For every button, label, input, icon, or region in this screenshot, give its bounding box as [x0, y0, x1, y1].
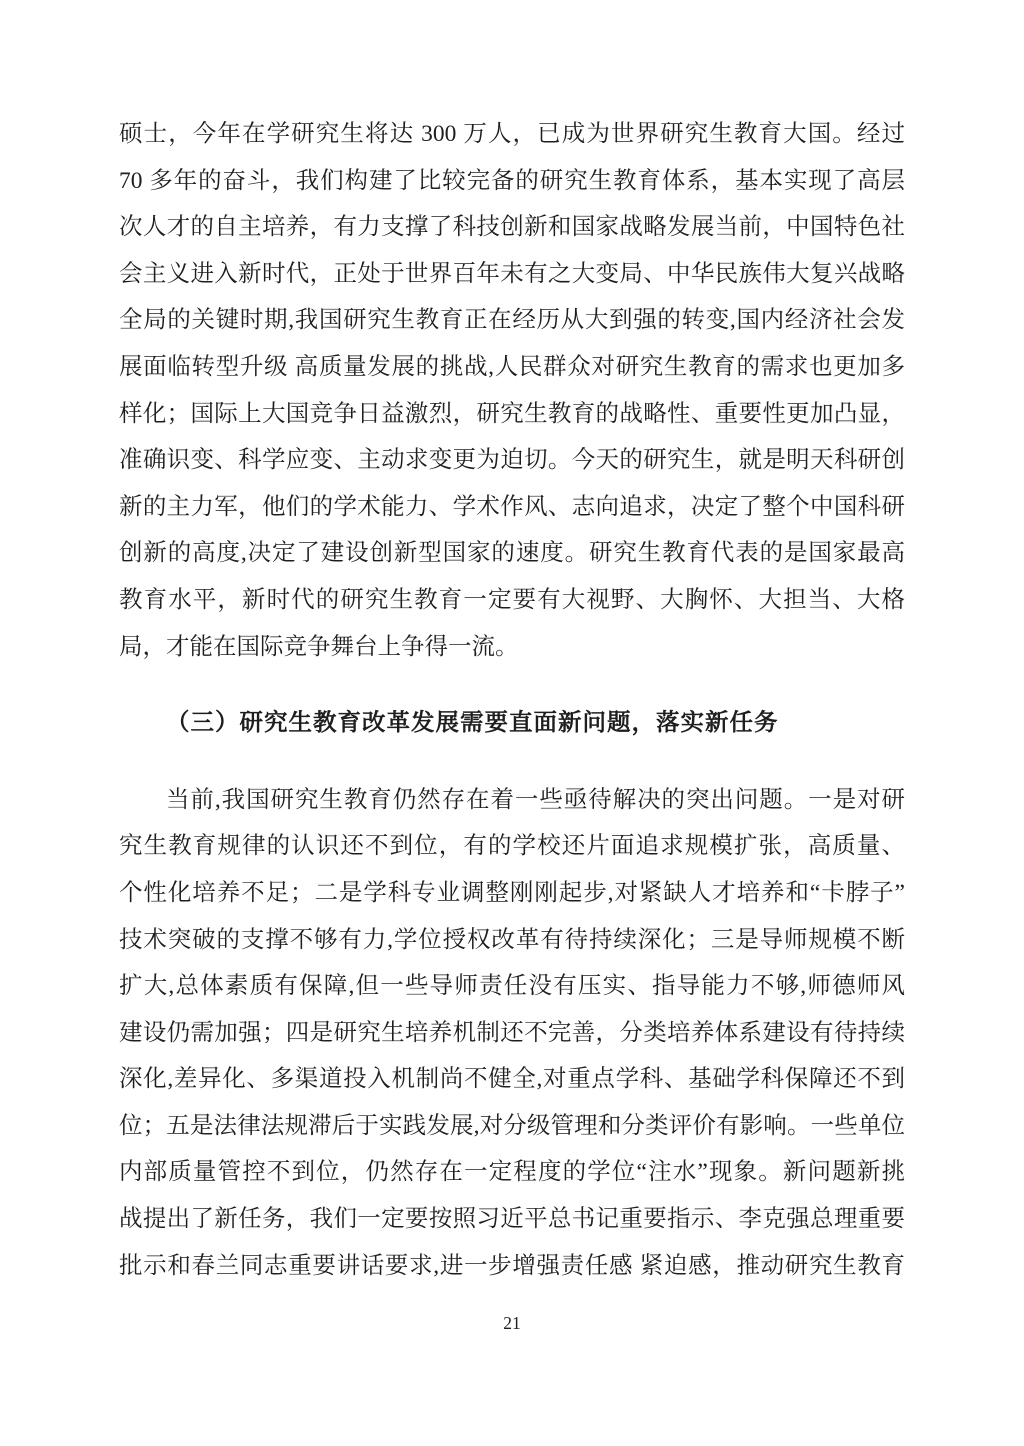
text-line: 硕士，今年在学研究生将达 300 万人，已成为世界研究生教育大国。经过	[119, 111, 905, 158]
text-line: 深化,差异化、多渠道投入机制尚不健全,对重点学科、基础学科保障还不到	[119, 1056, 905, 1103]
text-line: 教育水平，新时代的研究生教育一定要有大视野、大胸怀、大担当、大格	[119, 577, 905, 624]
text-line: 批示和春兰同志重要讲话要求,进一步增强责任感 紧迫感，推动研究生教育	[119, 1243, 905, 1290]
text-line: 究生教育规律的认识还不到位，有的学校还片面追求规模扩张，高质量、	[119, 823, 905, 870]
text-line: 准确识变、科学应变、主动求变更为迫切。今天的研究生，就是明天科研创	[119, 437, 905, 484]
text-line: 当前,我国研究生教育仍然存在着一些亟待解决的突出问题。一是对研	[119, 777, 905, 824]
text-line: 次人才的自主培养，有力支撑了科技创新和国家战略发展当前，中国特色社	[119, 204, 905, 251]
text-line: 70 多年的奋斗，我们构建了比较完备的研究生教育体系，基本实现了高层	[119, 158, 905, 205]
text-line: 创新的高度,决定了建设创新型国家的速度。研究生教育代表的是国家最高	[119, 530, 905, 577]
text-line: 全局的关键时期,我国研究生教育正在经历从大到强的转变,国内经济社会发	[119, 297, 905, 344]
text-line: 位；五是法律法规滞后于实践发展,对分级管理和分类评价有影响。一些单位	[119, 1103, 905, 1150]
text-line: 技术突破的支撑不够有力,学位授权改革有待持续深化；三是导师规模不断	[119, 917, 905, 964]
text-line: 局，才能在国际竞争舞台上争得一流。	[119, 624, 905, 671]
continuation-paragraph: 硕士，今年在学研究生将达 300 万人，已成为世界研究生教育大国。经过70 多年…	[119, 111, 905, 670]
text-line: 展面临转型升级 高质量发展的挑战,人民群众对研究生教育的需求也更加多	[119, 344, 905, 391]
text-line: 扩大,总体素质有保障,但一些导师责任没有压实、指导能力不够,师德师风	[119, 963, 905, 1010]
text-line: 会主义进入新时代，正处于世界百年未有之大变局、中华民族伟大复兴战略	[119, 251, 905, 298]
document-page: 硕士，今年在学研究生将达 300 万人，已成为世界研究生教育大国。经过70 多年…	[0, 0, 1024, 1446]
text-line: 个性化培养不足；二是学科专业调整刚刚起步,对紧缺人才培养和“卡脖子”	[119, 870, 905, 917]
text-line: 建设仍需加强；四是研究生培养机制还不完善，分类培养体系建设有待持续	[119, 1010, 905, 1057]
section-heading: （三）研究生教育改革发展需要直面新问题，落实新任务	[119, 699, 905, 746]
issues-paragraph: 当前,我国研究生教育仍然存在着一些亟待解决的突出问题。一是对研究生教育规律的认识…	[119, 777, 905, 1290]
text-line: 内部质量管控不到位，仍然存在一定程度的学位“注水”现象。新问题新挑	[119, 1149, 905, 1196]
page-body-text: 硕士，今年在学研究生将达 300 万人，已成为世界研究生教育大国。经过70 多年…	[119, 111, 905, 1289]
text-line: 样化；国际上大国竞争日益激烈，研究生教育的战略性、重要性更加凸显，	[119, 391, 905, 438]
text-line: 新的主力军，他们的学术能力、学术作风、志向追求，决定了整个中国科研	[119, 484, 905, 531]
page-number: 21	[0, 1311, 1024, 1335]
text-line: 战提出了新任务，我们一定要按照习近平总书记重要指示、李克强总理重要	[119, 1196, 905, 1243]
